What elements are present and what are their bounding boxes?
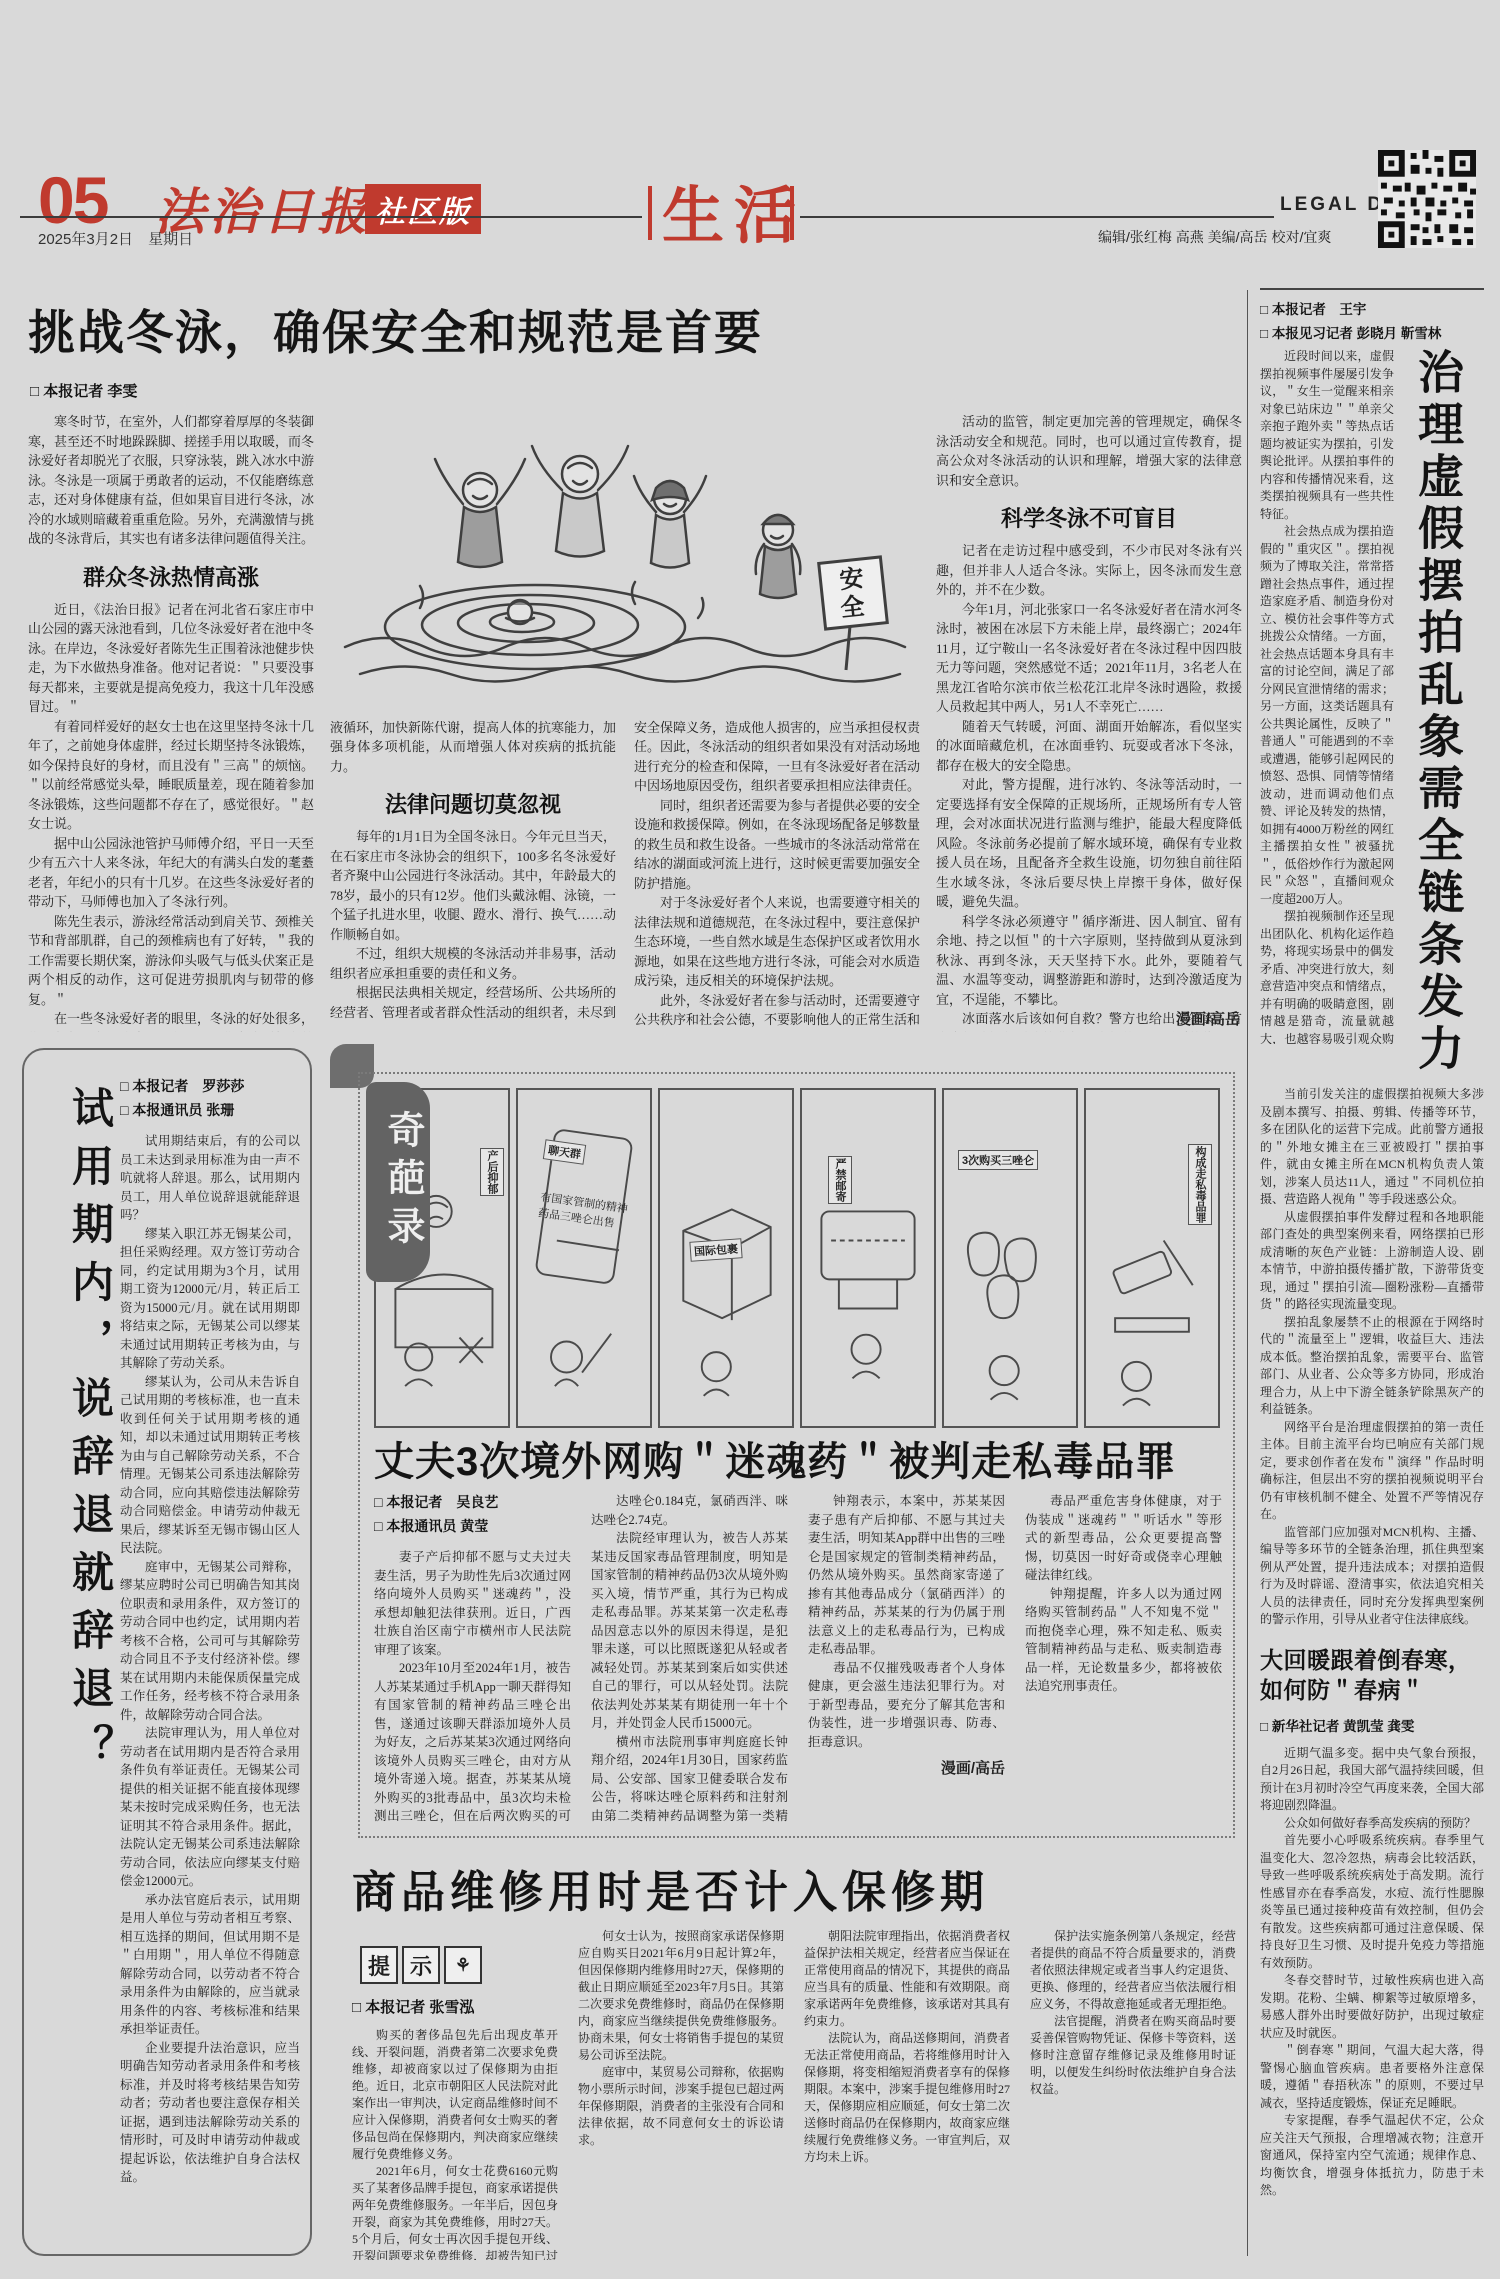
paragraph: 法院审理认为，用人单位对劳动者在试用期内是否符合录用条件负有举证责任。无锡某公司… <box>120 1724 300 1891</box>
paragraph-group: 保护法实施条例第八条规定，经营者提供的商品不符合质量要求的，消费者依照法律规定或… <box>1030 1928 1236 2098</box>
comic-strip-title: 奇葩录 <box>366 1082 430 1282</box>
paragraph: ＂倒春寒＂期间，气温大起大落，得警惕心脑血管疾病。患者要格外注意保暖，遵循＂春捂… <box>1260 2042 1484 2112</box>
paragraph: 活动的监管，制定更加完善的管理规定，确保冬泳活动安全和规范。同时，也可以通过宣传… <box>936 412 1242 490</box>
paragraph-group: 妻子产后抑郁不愿与丈夫过夫妻生活，男子为助性先后3次通过网络向境外人员购买＂迷魂… <box>374 1548 571 1824</box>
byline: □ 本报记者 王宇 <box>1260 298 1484 318</box>
paragraph: 同时，组织者还需要为参与者提供必要的安全设施和救援保障。例如，在冬泳现场配备足够… <box>634 796 920 894</box>
drug-column-3: 钟翔表示，本案中，苏某某因妻子患有产后抑郁、不愿与其过夫妻生活，明知某App群中… <box>808 1492 1005 1824</box>
tip-badge: 提 示 ⚘ <box>352 1932 558 1984</box>
subhead-crowd: 群众冬泳热情高涨 <box>28 561 314 592</box>
paragraph: 何女士认为，按照商家承诺保修期应自购买日2021年6月9日起计算2年，但因保修期… <box>578 1928 784 2064</box>
byline: □ 本报通讯员 黄莹 <box>374 1516 571 1536</box>
date-line: 2025年3月2日 星期日 <box>38 228 193 249</box>
lightbulb-icon: ⚘ <box>444 1946 482 1984</box>
paragraph: 专家提醒，春季气温起伏不定，公众应关注天气预报，合理增减衣物；注意开窗通风，保持… <box>1260 2112 1484 2200</box>
paragraph: 钟翔提醒，许多人以为通过网络购买管制药品＂人不知鬼不觉＂而抱侥幸心理，殊不知走私… <box>1025 1585 1222 1696</box>
column-divider <box>1247 290 1248 2256</box>
svg-text:安: 安 <box>838 564 865 594</box>
badge-char: 示 <box>402 1946 440 1984</box>
paragraph: 每年的1月1日为全国冬泳日。今年元旦当天，在石家庄市冬泳协会的组织下，100多名… <box>330 827 616 944</box>
paragraph: 网络平台是治理虚假摆拍的第一责任主体。目前主流平台均已响应有关部门规定，要求创作… <box>1260 1419 1484 1524</box>
repair-column-2: 何女士认为，按照商家承诺保修期应自购买日2021年6月9日起计算2年，但因保修期… <box>578 1928 784 2260</box>
comic-strip: 产后抑郁 聊天群 有国家管制的精神药品三唑仑出售 国际包裹 <box>374 1088 1220 1428</box>
paragraph: 近段时间以来，虚假摆拍视频事件屡屡引发争议，＂女生一觉醒来相亲对象已站床边＂＂单… <box>1260 348 1394 523</box>
paragraph-group: 毒品严重危害身体健康，对于伪装成＂迷魂药＂＂听话水＂等形式的新型毒品，公众更要提… <box>1025 1492 1222 1696</box>
paragraph: 对于冬泳爱好者个人来说，也需要遵守相关的法律法规和道德规范，在冬泳过程中，要注意… <box>634 893 920 991</box>
paragraph: 横州市法院刑事审判庭庭长钟翔介绍，2024年1月30日，国家药监局、公安部、国家… <box>591 1733 788 1825</box>
paragraph: 摆拍乱象屡禁不止的根源在于网络时代的＂流量至上＂逻辑，收益巨大、违法成本低。整治… <box>1260 1314 1484 1419</box>
paragraph: 随着天气转暖，河面、湖面开始解冻，看似坚实的冰面暗藏危机，在冰面垂钓、玩耍或者冰… <box>936 717 1242 776</box>
main-middle-text: 液循环，加快新陈代谢，提高人体的抗寒能力，加强身体多项机能，从而增强人体对疾病的… <box>330 718 920 1033</box>
main-article-body: 寒冬时节，在室外，人们都穿着厚厚的冬装御寒，甚至还不时地跺跺脚、搓搓手用以取暖，… <box>28 412 1242 1032</box>
paragraph: 毒品严重危害身体健康，对于伪装成＂迷魂药＂＂听话水＂等形式的新型毒品，公众更要提… <box>1025 1492 1222 1585</box>
paragraph: 公众如何做好春季高发疾病的预防？ <box>1260 1815 1484 1833</box>
drug-column-2: 达唑仑0.184克，氯硝西泮、咪达唑仑2.74克。法院经审理认为，被告人苏某某违… <box>591 1492 788 1824</box>
comic-panel-4: 严禁邮寄 <box>800 1088 936 1428</box>
paragraph: 达唑仑0.184克，氯硝西泮、咪达唑仑2.74克。 <box>591 1492 788 1529</box>
section-bar-left <box>648 186 652 240</box>
comic-panel-6: 构成走私毒品罪 <box>1084 1088 1220 1428</box>
paragraph: 承办法官庭后表示，试用期是用人单位与劳动者相互考察、相互选择的期间，但试用期不是… <box>120 1891 300 2039</box>
subhead-science: 科学冬泳不可盲目 <box>936 502 1242 533</box>
panel-label: 严禁邮寄 <box>828 1156 852 1204</box>
paragraph: 寒冬时节，在室外，人们都穿着厚厚的冬装御寒，甚至还不时地跺跺脚、搓搓手用以取暖，… <box>28 412 314 549</box>
section-title: 生活 <box>662 166 806 255</box>
paragraph: 庭审中，某贸易公司辩称，依据购物小票所示时间，涉案手提包已超过两年保修期限，消费… <box>578 2064 784 2149</box>
drug-column-4: 毒品严重危害身体健康，对于伪装成＂迷魂药＂＂听话水＂等形式的新型毒品，公众更要提… <box>1025 1492 1222 1824</box>
paragraph: 监管部门应加强对MCN机构、主播、编导等多环节的全链条治理，抓住典型案例从严处置… <box>1260 1524 1484 1629</box>
main-column-middle: 安 全 液循环，加快新陈代谢，提高人体的抗寒能力，加强身体多项机能，从而增强人体… <box>330 412 920 1032</box>
comic-panel-2: 聊天群 有国家管制的精神药品三唑仑出售 <box>516 1088 652 1428</box>
qr-code-icon <box>1378 150 1476 248</box>
comic-sketch <box>1086 1090 1218 1426</box>
subhead-law: 法律问题切莫忽视 <box>330 788 616 819</box>
header-rule-left <box>20 216 642 218</box>
paragraph: 保护法实施条例第八条规定，经营者提供的商品不符合质量要求的，消费者依照法律规定或… <box>1030 1928 1236 2013</box>
drug-article-body: □ 本报记者 吴良艺 □ 本报通讯员 黄莹 妻子产后抑郁不愿与丈夫过夫妻生活，男… <box>374 1492 1222 1824</box>
paragraph: 记者在走访过程中感受到，不少市民对冬泳有兴趣，但并非人人适合冬泳。实际上，因冬泳… <box>936 541 1242 600</box>
paragraph-group: 当前引发关注的虚假摆拍视频大多涉及剧本撰写、拍摄、剪辑、传播等环节，多在团队化的… <box>1260 1086 1484 1629</box>
paragraph: 有着同样爱好的赵女士也在这里坚持冬泳十几年了，之前她身体虚胖，经过长期坚持冬泳锻… <box>28 717 314 834</box>
paragraph-group: 何女士认为，按照商家承诺保修期应自购买日2021年6月9日起计算2年，但因保修期… <box>578 1928 784 2149</box>
paragraph: 购买的奢侈品包先后出现皮革开线、开裂问题，消费者第二次要求免费维修，却被商家以过… <box>352 2027 558 2163</box>
repair-column-1: 提 示 ⚘ □ 本报记者 张雪泓 购买的奢侈品包先后出现皮革开线、开裂问题，消费… <box>352 1928 558 2260</box>
repair-column-4: 保护法实施条例第八条规定，经营者提供的商品不符合质量要求的，消费者依照法律规定或… <box>1030 1928 1236 2260</box>
probation-article-box: 试用期内，说辞退就辞退？ □ 本报记者 罗莎莎 □ 本报通讯员 张珊 试用期结束… <box>22 1048 312 2256</box>
paragraph-group: 近段时间以来，虚假摆拍视频事件屡屡引发争议，＂女生一觉醒来相亲对象已站床边＂＂单… <box>1260 348 1394 1044</box>
safety-sign: 安 全 <box>819 557 888 670</box>
paragraph: 2023年10月至2024年1月，被告人苏某某通过手机App一聊天群得知有国家管… <box>374 1659 571 1824</box>
right-column: □ 本报记者 王宇 □ 本报见习记者 彭晓月 靳雪林 近段时间以来，虚假摆拍视频… <box>1260 288 1484 2256</box>
paragraph: 缪某认为，公司从未告诉自己试用期的考核标准，也一直未收到任何关于试用期考核的通知… <box>120 1373 300 1558</box>
byline: □ 本报记者 张雪泓 <box>352 1996 558 2017</box>
svg-text:全: 全 <box>839 592 866 622</box>
comic-sketch <box>944 1090 1076 1426</box>
paragraph: 近期气温多变。据中央气象台预报，自2月26日起，我国大部气温持续回暖，但预计在3… <box>1260 1745 1484 1815</box>
paragraph: 从虚假摆拍事件发酵过程和各地职能部门查处的典型案例来看，网络摆拍已形成清晰的灰色… <box>1260 1209 1484 1314</box>
paragraph: 不过，组织大规模的冬泳活动并非易事，活动组织者应承担重要的责任和义务。 <box>330 944 616 983</box>
page-number: 05 <box>38 162 107 238</box>
spring-article-headline: 大回暖跟着倒春寒，如何防＂春病＂ <box>1260 1645 1484 1705</box>
comic-panel-5: 3次购买三唑仑 <box>942 1088 1078 1428</box>
panel-label: 国际包裹 <box>689 1238 742 1262</box>
panel-label: 构成走私毒品罪 <box>1188 1144 1212 1225</box>
paragraph: 当前引发关注的虚假摆拍视频大多涉及剧本撰写、拍摄、剪辑、传播等环节，多在团队化的… <box>1260 1086 1484 1209</box>
paragraph-group: 近期气温多变。据中央气象台预报，自2月26日起，我国大部气温持续回暖，但预计在3… <box>1260 1745 1484 2200</box>
paragraph: 摆拍视频制作还呈现出团队化、机构化运作趋势，将现实场景中的偶发矛盾、冲突进行放大… <box>1260 908 1394 1044</box>
paragraph: 社会热点成为摆拍造假的＂重灾区＂。摆拍视频为了博取关注，常常搭蹭社会热点事件，通… <box>1260 523 1394 908</box>
paragraph: 陈先生表示，游泳经常活动到肩关节、颈椎关节和背部肌群，自己的颈椎病也有了好转，＂… <box>28 912 314 1010</box>
paragraph: 试用期结束后，有的公司以员工未达到录用标准为由一声不吭就将人辞退。那么，试用期内… <box>120 1132 300 1225</box>
main-column-1: 寒冬时节，在室外，人们都穿着厚厚的冬装御寒，甚至还不时地跺跺脚、搓搓手用以取暖，… <box>28 412 314 1032</box>
continuation-paragraph: 液循环，加快新陈代谢，提高人体的抗寒能力，加强身体多项机能，从而增强人体对疾病的… <box>330 718 616 777</box>
paragraph: 近日，《法治日报》记者在河北省石家庄市中山公园的露天泳池看到，几位冬泳爱好者在池… <box>28 600 314 717</box>
paragraph: 企业要提升法治意识，应当明确告知劳动者录用条件和考核标准，并及时将考核结果告知劳… <box>120 2039 300 2187</box>
comic-sketch <box>802 1090 934 1426</box>
paragraph: 科学冬泳必须遵守＂循序渐进、因人制宜、留有余地、持之以恒＂的十六字原则，坚持做到… <box>936 912 1242 1010</box>
probation-body: □ 本报记者 罗莎莎 □ 本报通讯员 张珊 试用期结束后，有的公司以员工未达到录… <box>120 1076 300 2238</box>
paragraph: 庭审中，无锡某公司辩称，缪某应聘时公司已明确告知其岗位职责和录用条件，双方签订的… <box>120 1558 300 1725</box>
paragraph: 钟翔表示，本案中，苏某某因妻子患有产后抑郁、不愿与其过夫妻生活，明知某App群中… <box>808 1492 1005 1659</box>
byline: □ 本报记者 吴良艺 <box>374 1492 571 1512</box>
fake-article-upper: 近段时间以来，虚假摆拍视频事件屡屡引发争议，＂女生一觉醒来相亲对象已站床边＂＂单… <box>1260 348 1484 1076</box>
paragraph: 今年1月，河北张家口一名冬泳爱好者在清水河冬泳时，被困在冰层下方未能上岸，最终溺… <box>936 600 1242 717</box>
fake-article-narrow-text: 近段时间以来，虚假摆拍视频事件屡屡引发争议，＂女生一觉醒来相亲对象已站床边＂＂单… <box>1260 348 1394 1044</box>
paragraph: 2021年6月，何女士花费6160元购买了某奢侈品牌手提包，商家承诺提供两年免费… <box>352 2163 558 2260</box>
right-column-rule <box>1260 288 1484 290</box>
header-rule-right <box>800 216 1274 218</box>
paragraph-group: 购买的奢侈品包先后出现皮革开线、开裂问题，消费者第二次要求免费维修，却被商家以过… <box>352 2027 558 2260</box>
repair-article-body: 提 示 ⚘ □ 本报记者 张雪泓 购买的奢侈品包先后出现皮革开线、开裂问题，消费… <box>352 1928 1236 2260</box>
paragraph: 据中山公园泳池管护马师傅介绍，平日一天至少有五六十人来冬泳，年纪大的有满头白发的… <box>28 834 314 912</box>
edition-badge: 社区版 <box>365 184 481 234</box>
illustration-credit: 漫画/高岳 <box>1020 1008 1240 1029</box>
comic-credit: 漫画/高岳 <box>808 1757 1005 1778</box>
paragraph: 法院认为，商品送修期间，消费者无法正常使用商品，若将维修用时计入保修期，将变相缩… <box>804 2030 1010 2166</box>
paragraph-group: 钟翔表示，本案中，苏某某因妻子患有产后抑郁、不愿与其过夫妻生活，明知某App群中… <box>808 1492 1005 1751</box>
badge-char: 提 <box>360 1946 398 1984</box>
fake-article-wide-text: 当前引发关注的虚假摆拍视频大多涉及剧本撰写、拍摄、剪辑、传播等环节，多在团队化的… <box>1260 1086 1484 1629</box>
winter-swim-illustration: 安 全 <box>330 412 920 712</box>
paragraph-group: 试用期结束后，有的公司以员工未达到录用标准为由一声不吭就将人辞退。那么，试用期内… <box>120 1132 300 2187</box>
paragraph: 对此，警方提醒，进行冰钓、冬泳等活动时，一定要选择有安全保障的正规场所，正规场所… <box>936 775 1242 912</box>
paragraph: 在一些冬泳爱好者的眼里，冬泳的好处很多，绝不仅仅只有＂治病＂一种。另一位冬泳爱好… <box>28 1009 314 1032</box>
paragraph-group: 朝阳法院审理指出，依据消费者权益保护法相关规定，经营者应当保证在正常使用商品的情… <box>804 1928 1010 2166</box>
panel-label: 3次购买三唑仑 <box>958 1150 1038 1170</box>
paragraph: 首先要小心呼吸系统疾病。春季里气温变化大、忽冷忽热，病毒会比较活跃，导致一些呼吸… <box>1260 1832 1484 1972</box>
newspaper-page: 05 法治日报 社区版 生活 2025年3月2日 星期日 LEGAL DAILY… <box>0 0 1500 2279</box>
main-column-4: 活动的监管，制定更加完善的管理规定，确保冬泳活动安全和规范。同时，也可以通过宣传… <box>936 412 1242 1032</box>
panel-label: 产后抑郁 <box>480 1148 504 1196</box>
drug-article-headline: 丈夫3次境外网购＂迷魂药＂被判走私毒品罪 <box>374 1430 1176 1487</box>
comic-sketch <box>518 1090 650 1426</box>
paragraph: 朝阳法院审理指出，依据消费者权益保护法相关规定，经营者应当保证在正常使用商品的情… <box>804 1928 1010 2030</box>
paragraph-group: 寒冬时节，在室外，人们都穿着厚厚的冬装御寒，甚至还不时地跺跺脚、搓搓手用以取暖，… <box>28 412 314 549</box>
byline: □ 新华社记者 黄凯莹 龚雯 <box>1260 1715 1484 1735</box>
paragraph-group: 记者在走访过程中感受到，不少市民对冬泳有兴趣，但并非人人适合冬泳。实际上，因冬泳… <box>936 541 1242 1032</box>
paragraph: 毒品不仅摧残吸毒者个人身体健康，更会滋生违法犯罪行为。对于新型毒品，要充分了解其… <box>808 1659 1005 1752</box>
paragraph-group: 近日，《法治日报》记者在河北省石家庄市中山公园的露天泳池看到，几位冬泳爱好者在池… <box>28 600 314 1033</box>
paragraph: 缪某入职江苏无锡某公司，担任采购经理。双方签订劳动合同，约定试用期为3个月，试用… <box>120 1225 300 1373</box>
byline: □ 本报记者 罗莎莎 <box>120 1076 300 1096</box>
drug-column-1: □ 本报记者 吴良艺 □ 本报通讯员 黄莹 妻子产后抑郁不愿与丈夫过夫妻生活，男… <box>374 1492 571 1824</box>
paragraph: 法院经审理认为，被告人苏某某违反国家毒品管理制度，明知是国家管制的精神药品仍3次… <box>591 1529 788 1733</box>
main-byline: □ 本报记者 李雯 <box>30 380 137 401</box>
comic-panel-3: 国际包裹 <box>658 1088 794 1428</box>
byline: □ 本报见习记者 彭晓月 靳雪林 <box>1260 322 1484 342</box>
probation-vertical-headline: 试用期内，说辞退就辞退？ <box>38 1086 120 2238</box>
paragraph-group: 达唑仑0.184克，氯硝西泮、咪达唑仑2.74克。法院经审理认为，被告人苏某某违… <box>591 1492 788 1824</box>
repair-column-3: 朝阳法院审理指出，依据消费者权益保护法相关规定，经营者应当保证在正常使用商品的情… <box>804 1928 1010 2260</box>
paragraph-group: 活动的监管，制定更加完善的管理规定，确保冬泳活动安全和规范。同时，也可以通过宣传… <box>936 412 1242 490</box>
staff-credits: 编辑/张红梅 高燕 美编/高岳 校对/宜爽 <box>1098 227 1331 247</box>
paragraph: 法官提醒，消费者在购买商品时要妥善保管购物凭证、保修卡等资料，送修时注意留存维修… <box>1030 2013 1236 2098</box>
spring-article: 大回暖跟着倒春寒，如何防＂春病＂ □ 新华社记者 黄凯莹 龚雯 近期气温多变。据… <box>1260 1645 1484 2200</box>
paragraph: 妻子产后抑郁不愿与丈夫过夫妻生活，男子为助性先后3次通过网络向境外人员购买＂迷魂… <box>374 1548 571 1659</box>
repair-article-headline: 商品维修用时是否计入保修期 <box>352 1856 989 1920</box>
paragraph: 冬春交替时节，过敏性疾病也进入高发期。花粉、尘螨、柳絮等过敏原增多，易感人群外出… <box>1260 1972 1484 2042</box>
byline: □ 本报通讯员 张珊 <box>120 1100 300 1120</box>
main-headline: 挑战冬泳，确保安全和规范是首要 <box>28 296 763 363</box>
fake-article-vertical-headline: 治理虚假摆拍乱象需全链条发力 <box>1394 348 1482 1076</box>
